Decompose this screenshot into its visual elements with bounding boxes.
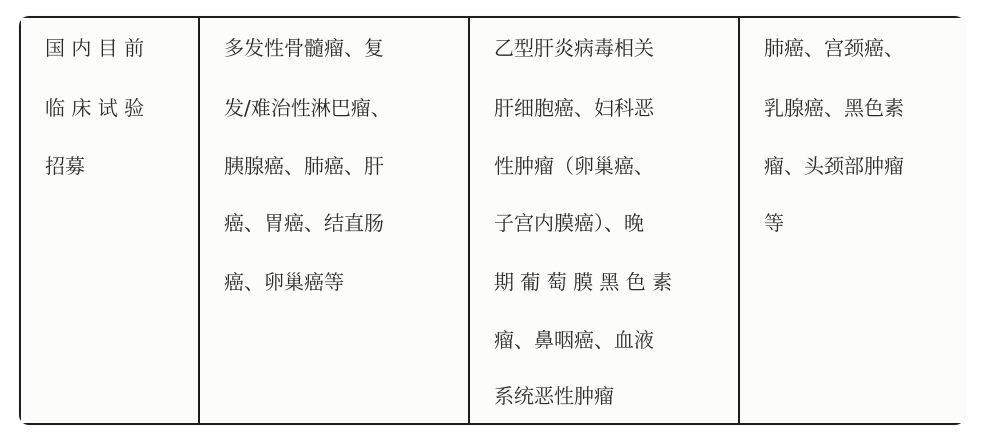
column-divider bbox=[198, 16, 200, 425]
cell-line: 胰腺癌、肺癌、肝 bbox=[224, 153, 384, 179]
cell-line: 肝细胞癌、妇科恶 bbox=[494, 95, 654, 121]
table-left-border bbox=[19, 16, 21, 425]
table-cell-indications-3: 肺癌、宫颈癌、 乳腺癌、黑色素 瘤、头颈部肿瘤 等 bbox=[764, 16, 964, 425]
cell-line: 瘤、鼻咽癌、血液 bbox=[494, 327, 654, 353]
cell-line: 乙型肝炎病毒相关 bbox=[494, 35, 654, 61]
cell-line: 等 bbox=[764, 210, 784, 236]
cell-line: 发/难治性淋巴瘤、 bbox=[224, 95, 391, 121]
cell-line: 瘤、头颈部肿瘤 bbox=[764, 153, 904, 179]
cell-line: 子宫内膜癌）、晚 bbox=[494, 210, 644, 236]
cell-line: 临 床 试 验 bbox=[45, 95, 144, 121]
table-cell-indications-2: 乙型肝炎病毒相关 肝细胞癌、妇科恶 性肿瘤（卵巢癌、 子宫内膜癌）、晚 期 葡 … bbox=[494, 16, 739, 425]
cell-line: 招募 bbox=[45, 153, 85, 179]
table-cell-indications-1: 多发性骨髓瘤、复 发/难治性淋巴瘤、 胰腺癌、肺癌、肝 癌、胃癌、结直肠 癌、卵… bbox=[224, 16, 469, 425]
cell-line: 癌、胃癌、结直肠 bbox=[224, 210, 384, 236]
cell-line: 多发性骨髓瘤、复 bbox=[224, 35, 384, 61]
cell-line: 系统恶性肿瘤 bbox=[494, 383, 614, 409]
cell-line: 癌、卵巢癌等 bbox=[224, 269, 344, 295]
cell-line: 国 内 目 前 bbox=[45, 35, 144, 61]
cell-line: 肺癌、宫颈癌、 bbox=[764, 35, 904, 61]
cell-line: 期 葡 萄 膜 黑 色 素 bbox=[494, 269, 672, 295]
cell-line: 性肿瘤（卵巢癌、 bbox=[494, 153, 654, 179]
cell-line: 乳腺癌、黑色素 bbox=[764, 95, 904, 121]
table-card: 国 内 目 前 临 床 试 验 招募 多发性骨髓瘤、复 发/难治性淋巴瘤、 胰腺… bbox=[19, 16, 965, 425]
table-cell-category: 国 内 目 前 临 床 试 验 招募 bbox=[45, 16, 195, 425]
